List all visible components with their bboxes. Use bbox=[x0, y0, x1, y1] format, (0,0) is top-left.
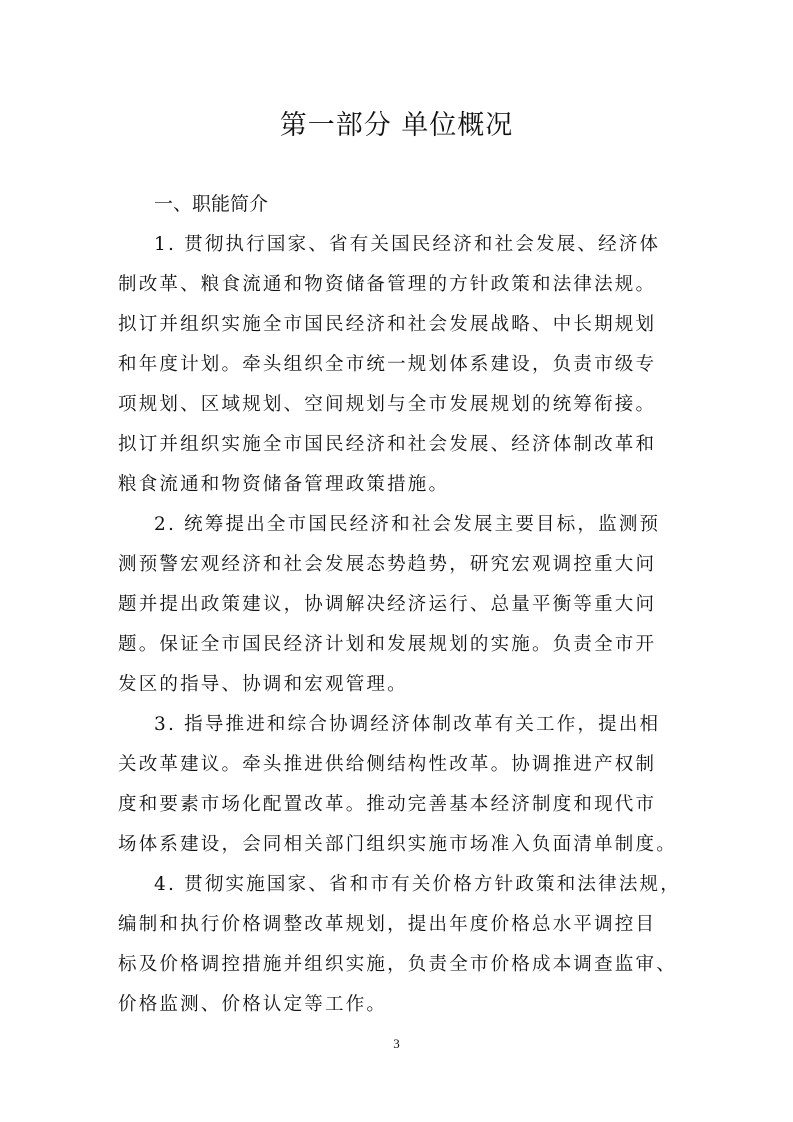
paragraph-line: 题并提出政策建议，协调解决经济运行、总量平衡等重大问 bbox=[118, 590, 678, 620]
paragraph-line: 拟订并组织实施全市国民经济和社会发展、经济体制改革和 bbox=[118, 430, 678, 460]
document-page: 第一部分 单位概况 一、职能简介 1. 贯彻执行国家、省有关国民经济和社会发展、… bbox=[0, 0, 793, 1122]
paragraph-line: 拟订并组织实施全市国民经济和社会发展战略、中长期规划 bbox=[118, 310, 678, 340]
paragraph-line: 粮食流通和物资储备管理政策措施。 bbox=[118, 470, 678, 500]
paragraph-line: 编制和执行价格调整改革规划，提出年度价格总水平调控目 bbox=[118, 910, 678, 940]
page-title: 第一部分 单位概况 bbox=[0, 106, 793, 146]
paragraph-line: 制改革、粮食流通和物资储备管理的方针政策和法律法规。 bbox=[118, 270, 678, 300]
paragraph-line: 题。保证全市国民经济计划和发展规划的实施。负责全市开 bbox=[118, 630, 678, 660]
paragraph-line: 场体系建设，会同相关部门组织实施市场准入负面清单制度。 bbox=[118, 830, 678, 860]
paragraph-line: 1. 贯彻执行国家、省有关国民经济和社会发展、经济体 bbox=[154, 230, 714, 260]
paragraph-line: 度和要素市场化配置改革。推动完善基本经济制度和现代市 bbox=[118, 790, 678, 820]
paragraph-line: 项规划、区域规划、空间规划与全市发展规划的统筹衔接。 bbox=[118, 390, 678, 420]
paragraph-line: 和年度计划。牵头组织全市统一规划体系建设，负责市级专 bbox=[118, 350, 678, 380]
paragraph-line: 发区的指导、协调和宏观管理。 bbox=[118, 670, 678, 700]
page-number: 3 bbox=[0, 1035, 793, 1053]
paragraph-line: 标及价格调控措施并组织实施，负责全市价格成本调查监审、 bbox=[118, 950, 678, 980]
paragraph-line: 4. 贯彻实施国家、省和市有关价格方针政策和法律法规， bbox=[154, 870, 714, 900]
paragraph-line: 3. 指导推进和综合协调经济体制改革有关工作，提出相 bbox=[154, 710, 714, 740]
paragraph-line: 2. 统筹提出全市国民经济和社会发展主要目标，监测预 bbox=[154, 510, 714, 540]
paragraph-line: 关改革建议。牵头推进供给侧结构性改革。协调推进产权制 bbox=[118, 750, 678, 780]
section-heading: 一、职能简介 bbox=[154, 189, 268, 219]
paragraph-line: 价格监测、价格认定等工作。 bbox=[118, 990, 678, 1020]
paragraph-line: 测预警宏观经济和社会发展态势趋势，研究宏观调控重大问 bbox=[118, 550, 678, 580]
